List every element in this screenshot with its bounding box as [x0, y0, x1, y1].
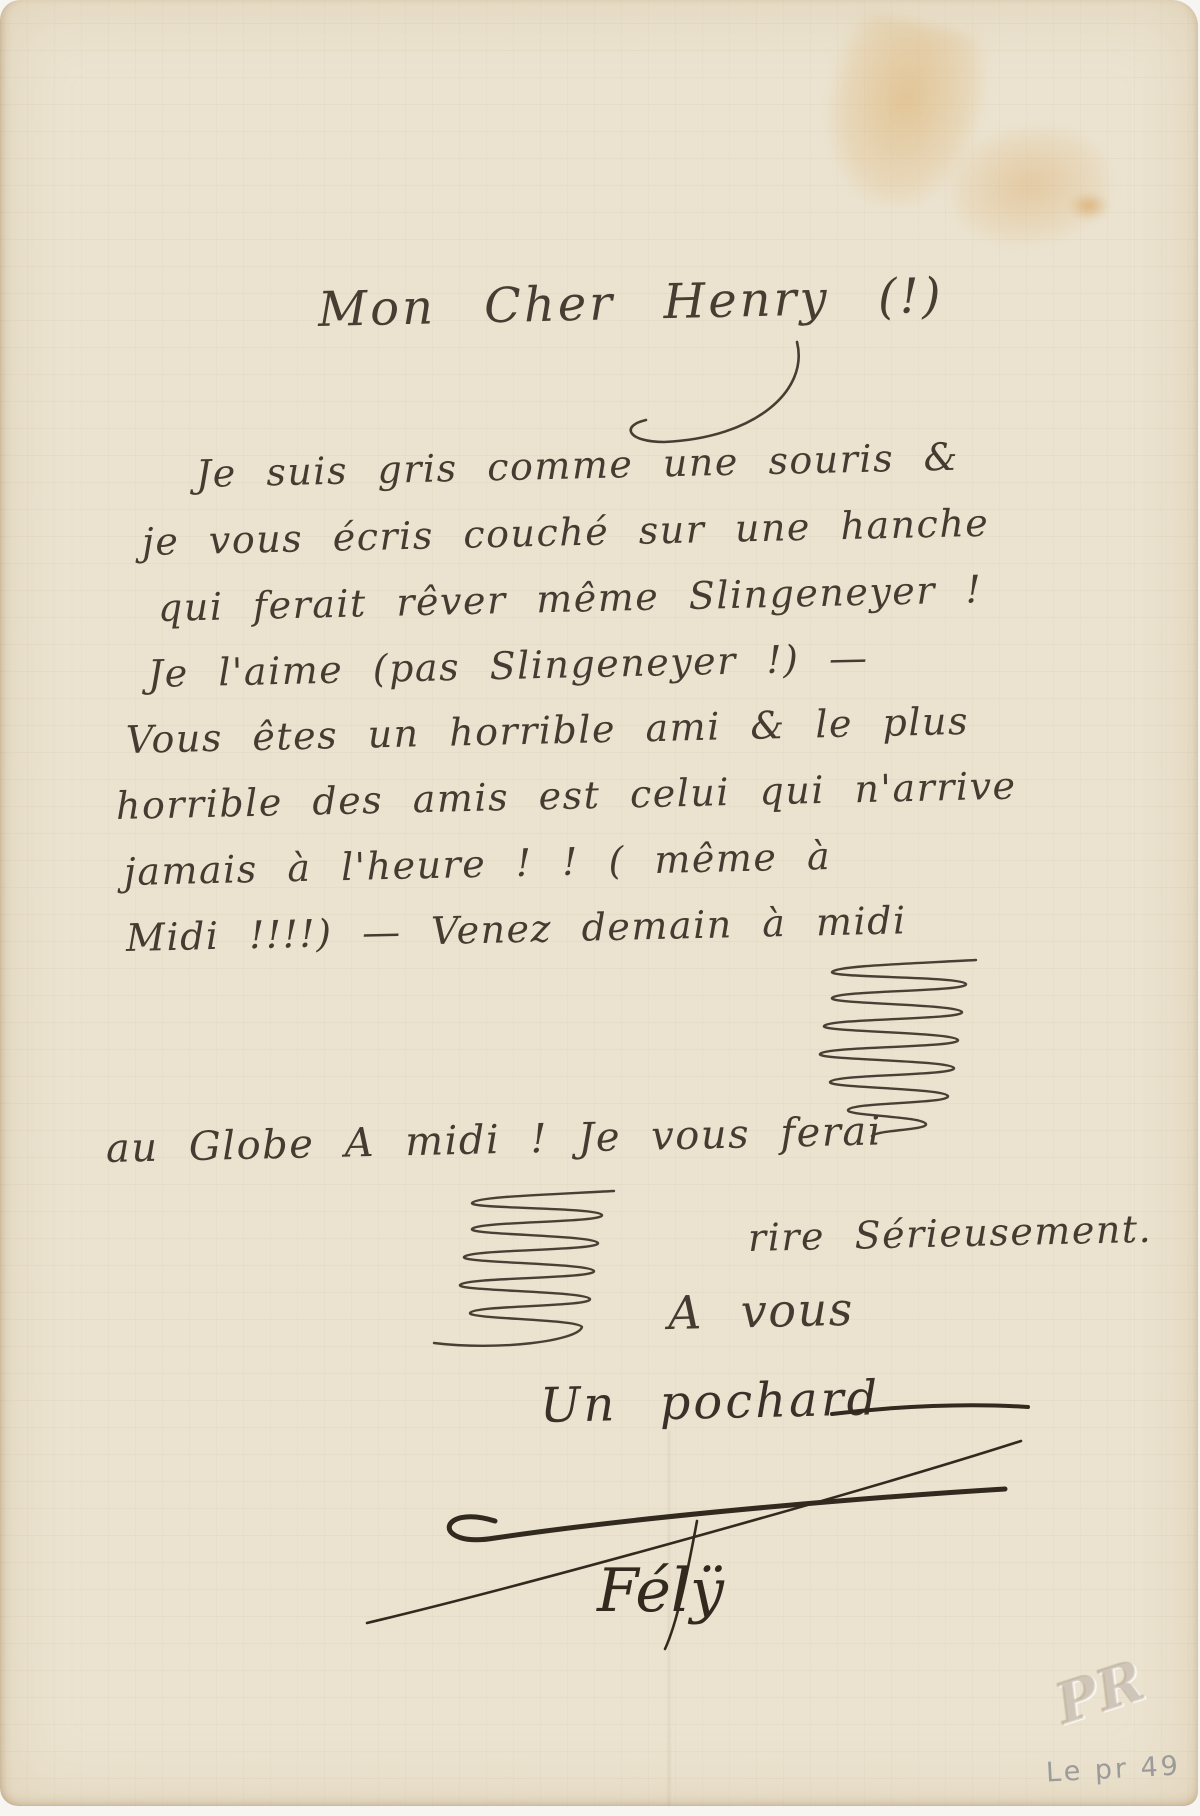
- paper-stain-small: [1068, 192, 1110, 220]
- paper-fold-crease: [668, 1430, 670, 1806]
- zigzag-scribble-small-icon: [428, 1185, 628, 1360]
- body-line: qui ferait rêver même Slingeneyer !: [158, 567, 983, 630]
- appointment-line: au Globe A midi ! Je vous ferai: [105, 1108, 882, 1172]
- embossed-collector-stamp: PR: [1048, 1648, 1153, 1738]
- letter-paper: Mon Cher Henry (!) Je suis gris comme un…: [0, 0, 1198, 1806]
- paper-stain-medium: [943, 117, 1117, 253]
- signature-flourish-icon: Félÿ: [345, 1425, 1045, 1655]
- signoff: Un pochard: [539, 1370, 881, 1434]
- body-line: Je suis gris comme une souris &: [196, 435, 960, 496]
- appointment-line: rire Sérieusement.: [748, 1207, 1153, 1260]
- body-line: horrible des amis est celui qui n'arrive: [116, 764, 1017, 828]
- body-line: Midi !!!!) — Venez demain à midi: [126, 898, 908, 960]
- salutation: Mon Cher Henry (!): [317, 268, 944, 338]
- closing: A vous: [667, 1282, 854, 1340]
- body-line: Je l'aime (pas Slingeneyer !) —: [148, 636, 869, 696]
- signature: Félÿ: [596, 1556, 725, 1626]
- body-line: je vous écris couché sur une hanche: [142, 501, 990, 564]
- body-line: jamais à l'heure ! ! ( même à: [124, 834, 832, 894]
- paper-stain-large: [810, 8, 995, 220]
- pencil-inventory-note: Le pr 49: [1045, 1750, 1181, 1788]
- body-line: Vous êtes un horrible ami & le plus: [126, 699, 970, 762]
